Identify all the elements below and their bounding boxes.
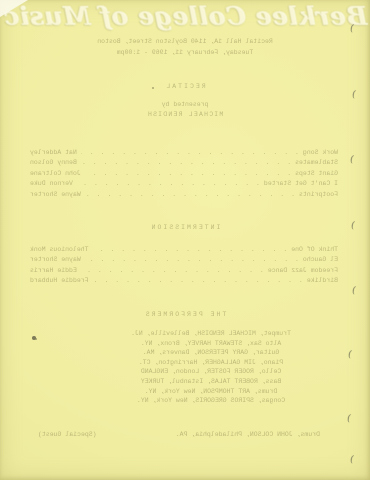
dotted-leader (93, 247, 288, 254)
piece-title: Footprints (299, 192, 338, 199)
composer-name: Nat Adderley (30, 150, 77, 157)
presented-by-line: presented by (0, 102, 370, 109)
venue-line: Recital Hall 1A, 1140 Boylston Street, B… (0, 39, 370, 46)
dotted-leader (81, 160, 291, 167)
composer-name: Thelonious Monk (30, 247, 89, 254)
piece-title: Think Of One (291, 247, 338, 254)
piece-title: El Gaucho (303, 257, 338, 264)
piece-title: Stablemates (295, 160, 338, 167)
program-row: Footprints Wayne Shorter (30, 192, 338, 202)
dotted-leader (81, 150, 299, 157)
dotted-leader (85, 192, 295, 199)
presenter-name: MICHAEL RENDISH (0, 112, 370, 119)
program-row: I Can't Get Started Vernon Duke (30, 181, 338, 191)
piece-title: Birdlike (307, 278, 338, 285)
dotted-leader (85, 257, 299, 264)
ink-speck (152, 87, 154, 89)
composer-name: Wayne Shorter (30, 257, 81, 264)
composer-name: Freddie Hubbard (30, 278, 89, 285)
composer-name: John Coltrane (30, 171, 81, 178)
recital-heading: RECITAL (0, 84, 370, 91)
composer-name: Eddie Harris (30, 268, 77, 275)
program-row: Birdlike Freddie Hubbard (30, 278, 338, 288)
composer-name: Benny Golson (30, 160, 77, 167)
ink-speck (32, 336, 36, 340)
dotted-leader (85, 171, 291, 178)
intermission-heading: INTERMISSION (0, 225, 370, 232)
program-first-half: Work Song Nat Adderley Stablemates Benny… (30, 150, 338, 202)
special-guest-line: Drums, JOHN COLSON, Philadelphia, PA. (S… (38, 432, 320, 439)
composer-name: Wayne Shorter (30, 192, 81, 199)
page-corner-fold (0, 0, 28, 17)
date-line: Tuesday, February 11, 1969 - 1:00pm (0, 50, 370, 57)
program-second-half: Think Of One Thelonious Monk El Gaucho W… (30, 247, 338, 289)
dotted-leader (77, 181, 260, 188)
piece-title: Giant Steps (295, 171, 338, 178)
special-guest-label: (Special Guest) (38, 432, 97, 439)
special-guest-text: Drums, JOHN COLSON, Philadelphia, PA. (176, 432, 320, 439)
dotted-leader (93, 278, 303, 285)
piece-title: Freedom Jazz Dance (268, 268, 338, 275)
page-title: Berklee College of Music (0, 4, 370, 29)
piece-title: I Can't Get Started (264, 181, 338, 188)
performer-line: Congas, SPIROS GREGORIS, New York, NY. (80, 398, 342, 408)
piece-title: Work Song (303, 150, 338, 157)
composer-name: Vernon Duke (30, 181, 73, 188)
mirrored-page-content: Berklee College of Music Recital Hall 1A… (0, 0, 370, 480)
scanned-program-page: Berklee College of Music Recital Hall 1A… (0, 0, 370, 480)
performers-list: Trumpet, MICHAEL RENDISH, Belleville, NJ… (80, 331, 342, 408)
dotted-leader (81, 268, 264, 275)
performers-heading: THE PERFORMERS (0, 312, 370, 319)
